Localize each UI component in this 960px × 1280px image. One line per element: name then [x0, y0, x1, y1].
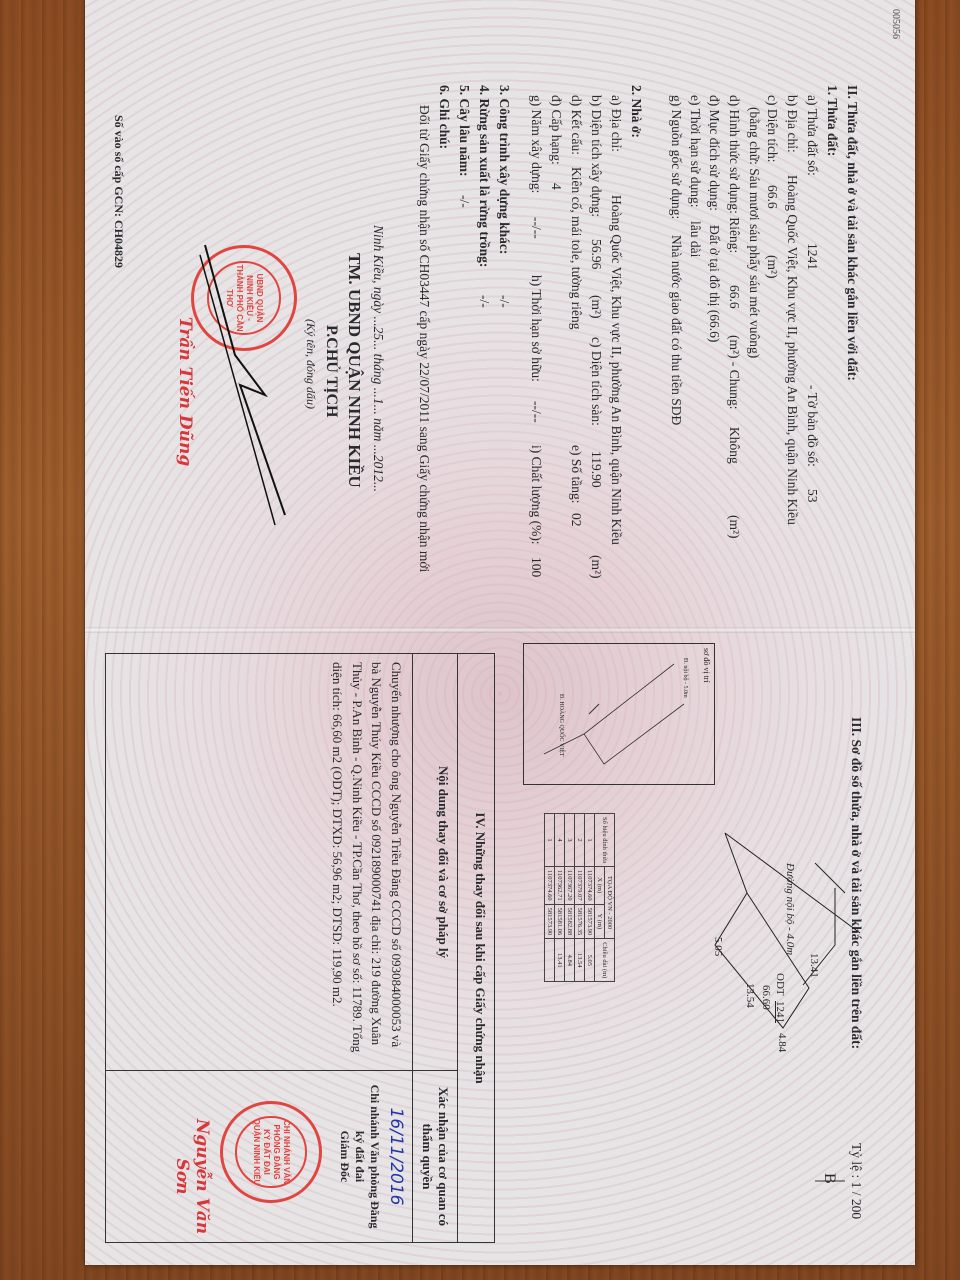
coord-row: 21107379.07581576.3513.54 [575, 814, 585, 982]
coord-cell: 581573.90 [585, 904, 595, 939]
section-iv-title: IV. Những thay đổi sau khi cấp Giấy chứn… [458, 654, 495, 1243]
parcel-number-label: 1241 [774, 1001, 785, 1023]
origin: Nhà nước giao đất có thu tiền SDĐ [670, 235, 684, 425]
coord-cell: 3 [565, 814, 575, 867]
serial-number: 005056 [890, 9, 901, 39]
usage-private: 66.6 [728, 285, 742, 309]
coord-row: 11107374.60581573.905.05 [585, 814, 595, 982]
coord-cell: 4.84 [565, 939, 575, 982]
coord-header-system: TỌA ĐỘ VN - 2000 [605, 866, 615, 938]
area-value: 66.6 [766, 185, 780, 209]
coord-cell: 1 [585, 814, 595, 867]
coord-cell: 581581.06 [555, 904, 565, 939]
changes-confirm-header: Xác nhận của cơ quan có thẩm quyền [413, 1071, 458, 1243]
section-iii-iv-page: III. Sơ đồ số thửa, nhà ở và tài sản khá… [85, 633, 915, 1265]
perennial-trees-label: 5. Cây lâu năm: [458, 85, 472, 177]
edge-label-3: 4.84 [776, 1033, 787, 1052]
signer-title: P.CHỦ TỊCH [323, 325, 339, 417]
ownership-term-label: h) Thời hạn sở hữu: [530, 275, 544, 382]
coord-cell: 581576.35 [575, 904, 585, 939]
address-label: b) Địa chỉ: [786, 95, 800, 153]
floors: 02 [570, 513, 584, 527]
usage-shared: Không [728, 427, 742, 464]
coord-row: 41107362.71581581.0613.41 [555, 814, 565, 982]
notes-label: 6. Ghi chú: [438, 85, 452, 149]
quality-label: i) Chất lượng (%): [530, 445, 544, 545]
coord-header-length: Chiều dài (m) [595, 939, 615, 982]
parcel-area-label: 66.60 [760, 985, 771, 1010]
structure: Kiên cố, mái tole, tường riêng [570, 167, 584, 330]
coord-cell: 1107374.60 [585, 866, 595, 904]
planted-forest-label: 4. Rừng sản xuất là rừng trồng: [478, 85, 492, 267]
changes-content-header: Nội dung thay đổi và cơ sở pháp lý [413, 654, 458, 1071]
built-area-label: b) Diện tích xây dựng: [590, 95, 604, 217]
coord-cell: 1107374.60 [545, 866, 555, 904]
map-sheet: 53 [806, 489, 820, 503]
confirm-date: 16/11/2016 [386, 1079, 406, 1234]
built-area-unit: (m²) [590, 295, 604, 319]
place-date: Ninh Kiều, ngày ...25... tháng ...1... n… [372, 225, 386, 492]
structure-label: d) Kết cấu: [570, 95, 584, 155]
section-ii-title: II. Thửa đất, nhà ở và tài sản khác gắn … [846, 85, 860, 381]
area-words: (bằng chữ: Sáu mươi sáu phẩy sáu mét vuô… [748, 107, 762, 358]
grade-label: đ) Cấp hạng: [550, 95, 564, 165]
coord-subheader-y: Y (m) [595, 904, 605, 939]
land-use-certificate: 005056 II. Thửa đất, nhà ở và tài sản kh… [85, 0, 915, 1265]
confirm-signer: Nguyễn Văn Sơn [172, 1111, 212, 1242]
edge-label-2: 13.54 [744, 983, 755, 1008]
coord-cell: 5.05 [585, 939, 595, 982]
coord-cell: 581582.88 [565, 904, 575, 939]
north-arrow-icon [805, 1181, 845, 1201]
other-works-value: -/- [498, 295, 512, 308]
grade: 4 [550, 183, 564, 190]
coord-cell [545, 939, 555, 982]
year-label: g) Năm xây dựng: [530, 95, 544, 193]
area-unit: (m²) [766, 255, 780, 279]
term-label: e) Thời hạn sử dụng: [689, 95, 703, 207]
signer-name: Trần Tiến Dũng [175, 317, 195, 466]
coord-cell: 1107379.07 [575, 866, 585, 904]
floor-area: 119.90 [590, 451, 604, 488]
notes-text: Đổi từ Giấy chứng nhận số CH03447 cấp ng… [418, 105, 432, 572]
registration-office-stamp: CHI NHÁNH VĂN PHÒNG ĐĂNG KÝ ĐẤT ĐAI QUẬN… [220, 1101, 322, 1203]
coord-row: 11107374.60581573.90 [545, 814, 555, 982]
ownership-term: --/-- [530, 401, 544, 423]
coord-cell: 1107362.71 [555, 866, 565, 904]
floors-label: e) Số tầng: [570, 445, 584, 504]
usage-shared-unit: (m²) [728, 515, 742, 539]
house-heading: 2. Nhà ở: [630, 85, 644, 138]
issuing-org: TM. UBND QUẬN NINH KIỀU [346, 253, 363, 488]
confirm-org: Chi nhánh Văn phòng Đăng ký đất đai [352, 1079, 382, 1234]
coord-rows: 11107374.60581573.905.0521107379.0758157… [545, 814, 595, 982]
changes-table: IV. Những thay đổi sau khi cấp Giấy chứn… [105, 653, 495, 1243]
parcel-use: ODT [774, 973, 785, 996]
sign-note: (Ký tên, đóng dấu) [305, 319, 317, 409]
coord-row: 31107367.20581582.884.84 [565, 814, 575, 982]
built-area: 56.96 [590, 239, 604, 269]
usage-form-label: d) Hình thức sử dụng: Riêng: [728, 95, 742, 253]
confirm-title: Giám Đốc [337, 1079, 352, 1234]
usage-shared-label: (m²) - Chung: [728, 335, 742, 410]
coord-cell: 581573.90 [545, 904, 555, 939]
change-entry: Chuyển nhượng cho ông Nguyễn Triều Đăng … [106, 654, 413, 1071]
location-sketch [524, 644, 714, 784]
edge-label-1: 5.05 [712, 937, 723, 956]
other-works-label: 3. Công trình xây dựng khác: [498, 85, 512, 254]
year: --/-- [530, 217, 544, 239]
section-ii-page: 005056 II. Thửa đất, nhà ở và tài sản kh… [85, 0, 915, 627]
coord-cell: 2 [575, 814, 585, 867]
purpose-label: đ) Mục đích sử dụng: [708, 95, 722, 211]
origin-label: g) Nguồn gốc sử dụng: [670, 95, 684, 219]
floor-area-label: c) Diện tích sàn: [590, 337, 604, 426]
location-map: sơ đồ vị trí Đ. nội bộ - 5.0m Đ. HOÀNG Q… [523, 643, 715, 785]
coord-cell: 4 [555, 814, 565, 867]
coord-cell: 1 [545, 814, 555, 867]
coordinate-table: Số hiệu đỉnh thửa TỌA ĐỘ VN - 2000 Chiều… [544, 813, 615, 982]
term: lâu dài [689, 221, 703, 257]
house-address: Hoàng Quốc Việt, Khu vực II, phường An B… [610, 195, 624, 545]
coord-cell: 1107367.20 [565, 866, 575, 904]
planted-forest-value: -/- [478, 295, 492, 308]
register-number: Số vào sổ cấp GCN: CH04829 [113, 115, 125, 268]
change-confirmation: 16/11/2016 Chi nhánh Văn phòng Đăng ký đ… [106, 1071, 413, 1243]
land-heading: 1. Thửa đất: [826, 85, 840, 156]
stamp-inner-text: CHI NHÁNH VĂN PHÒNG ĐĂNG KÝ ĐẤT ĐAI QUẬN… [235, 1116, 306, 1187]
road-label: Đường nội bộ - 4.0m [784, 863, 795, 955]
floor-area-unit: (m²) [590, 555, 604, 579]
parcel-no: 1241 [806, 243, 820, 270]
purpose: Đất ở tại đô thị (66.6) [708, 225, 722, 342]
edge-label-4: 13.41 [808, 953, 819, 978]
coord-cell: 13.41 [555, 939, 565, 982]
quality: 100 [530, 557, 544, 577]
signature-stroke [195, 235, 295, 535]
perennial-trees-value: -/- [458, 195, 472, 208]
scale: Tỷ lệ : 1 / 200 [850, 1143, 864, 1219]
coord-subheader-x: X (m) [595, 866, 605, 904]
house-address-label: a) Địa chỉ: [610, 95, 624, 152]
area-label: c) Diện tích: [766, 95, 780, 162]
land-address: Hoàng Quốc Việt, Khu vực II, phường An B… [786, 175, 800, 525]
coord-header-vertex: Số hiệu đỉnh thửa [595, 814, 615, 867]
map-sheet-label: - Tờ bản đồ số: [806, 385, 820, 467]
coord-cell: 13.54 [575, 939, 585, 982]
parcel-no-label: a) Thửa đất số: [806, 95, 820, 176]
